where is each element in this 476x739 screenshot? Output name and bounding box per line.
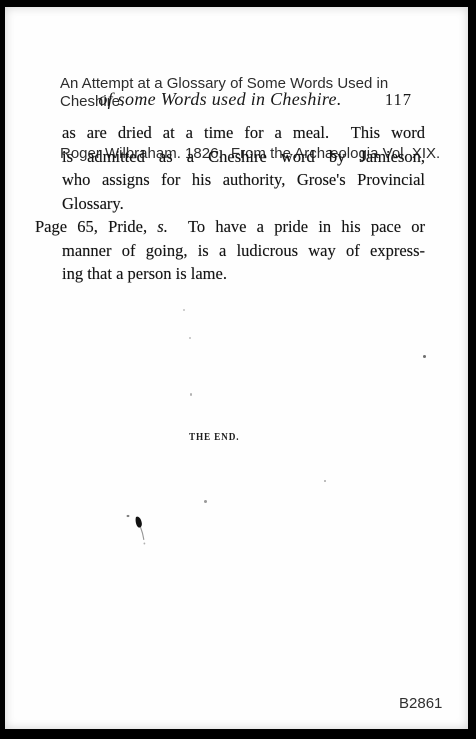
body-text: as are dried at a time for a meal. This …: [62, 121, 425, 286]
ink-speck: [324, 480, 326, 482]
scanned-page: An Attempt at a Glossary of Some Words U…: [5, 7, 468, 729]
part-of-speech-abbrev: s.: [157, 217, 168, 236]
paragraph-2-line-1: Page 65, Pride, s. To have a pride in hi…: [35, 215, 425, 239]
paragraph-2: Page 65, Pride, s. To have a pride in hi…: [62, 215, 425, 286]
entry-label: Page 65, Pride,: [35, 217, 157, 236]
paragraph-2-line-2: manner of going, is a ludicrous way of e…: [62, 239, 425, 263]
running-header: of some Words used in Cheshire. 117: [62, 89, 412, 113]
entry-text: To have a pride in his pace or: [168, 217, 425, 236]
ink-blot-artifact: [122, 508, 148, 550]
catalog-number: B2861: [399, 695, 442, 712]
ink-speck: [189, 337, 191, 339]
page-number: 117: [385, 90, 412, 110]
ink-speck: [190, 393, 192, 396]
ink-speck: [423, 355, 426, 358]
ink-speck: [204, 500, 207, 503]
paragraph-1-line-3: who assigns for his authority, Grose's P…: [62, 168, 425, 192]
paragraph-1: as are dried at a time for a meal. This …: [62, 121, 425, 215]
ink-speck: [183, 309, 185, 311]
paragraph-1-line-1: as are dried at a time for a meal. This …: [62, 121, 425, 145]
scan-frame: An Attempt at a Glossary of Some Words U…: [0, 0, 476, 739]
paragraph-1-line-4: Glossary.: [62, 192, 425, 216]
paragraph-1-line-2: is admitted as a Cheshire word by Jamies…: [62, 145, 425, 169]
paragraph-2-line-3: ing that a person is lame.: [62, 262, 425, 286]
the-end-text: THE END.: [189, 431, 239, 443]
page-title: of some Words used in Cheshire.: [62, 89, 412, 110]
